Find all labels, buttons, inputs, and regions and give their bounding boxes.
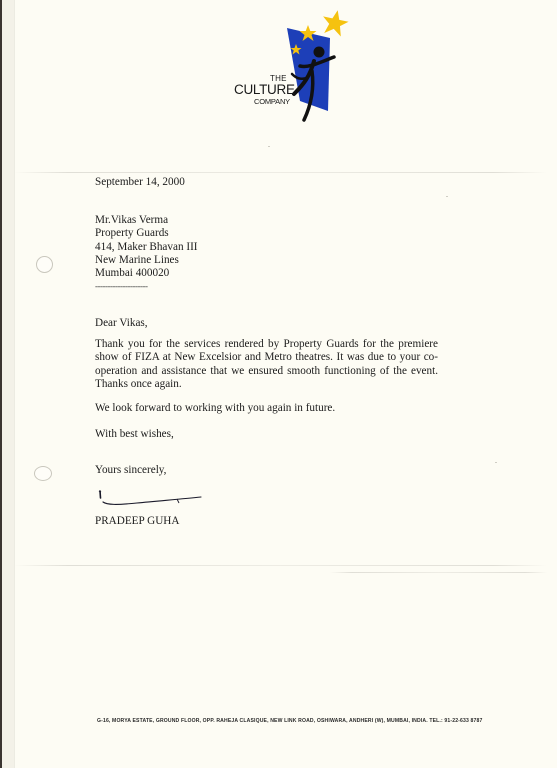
- recipient-address-line1: 414, Maker Bhavan III: [95, 241, 198, 254]
- recipient-address-line2: New Marine Lines: [95, 254, 198, 267]
- punch-hole: [36, 256, 53, 273]
- logo-text-culture: CULTURE: [234, 82, 296, 97]
- fold-line: [14, 565, 547, 566]
- signer-name: PRADEEP GUHA: [95, 515, 179, 528]
- page-margin-strip: [2, 0, 15, 768]
- paper-speck: [495, 462, 497, 463]
- fold-line: [330, 572, 547, 573]
- letter-date: September 14, 2000: [95, 176, 185, 189]
- fold-line: [14, 172, 547, 173]
- best-wishes: With best wishes,: [95, 428, 174, 441]
- address-rule: ---------------------: [95, 280, 147, 293]
- paper-speck: [268, 146, 270, 147]
- salutation: Dear Vikas,: [95, 317, 148, 330]
- sign-off: Yours sincerely,: [95, 464, 166, 477]
- star-large-icon: [320, 8, 350, 37]
- recipient-company: Property Guards: [95, 227, 198, 240]
- letter-body: Thank you for the services rendered by P…: [95, 338, 438, 391]
- recipient-city: Mumbai 400020: [95, 267, 198, 280]
- paper-speck: [446, 196, 448, 197]
- signature-icon: [97, 489, 207, 513]
- logo-text-company: COMPANY: [254, 97, 304, 106]
- recipient-address: Mr.Vikas Verma Property Guards 414, Make…: [95, 214, 198, 280]
- recipient-name: Mr.Vikas Verma: [95, 214, 198, 227]
- closing-line: We look forward to working with you agai…: [95, 402, 335, 415]
- punch-hole: [34, 466, 52, 481]
- footer-address: G-16, MORYA ESTATE, GROUND FLOOR, OPP. R…: [97, 718, 497, 724]
